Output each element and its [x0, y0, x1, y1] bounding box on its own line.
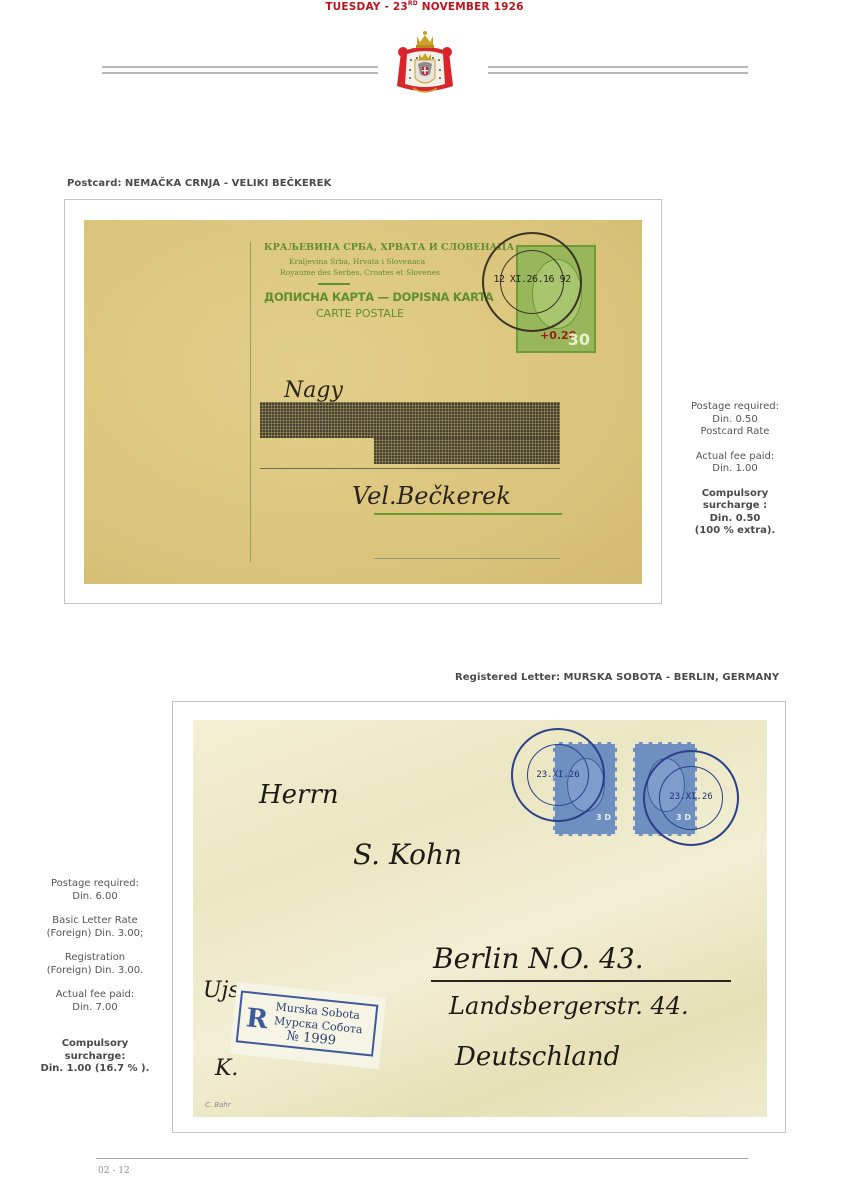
postmark-2: 23.XI.26 [643, 750, 739, 846]
postcard-caption: Postcard: NEMAČKA CRNJA - VELIKI BEČKERE… [67, 178, 331, 189]
registration-label: R Murska Sobota Мурска Собота № 1999 [229, 982, 386, 1069]
addressee-line-2: S. Kohn [353, 838, 462, 871]
envelope-image: 3 D 3 D 23.XI.26 23.XI.26 Herrn S. Kohn … [193, 720, 767, 1117]
postcard-redacted-address [260, 402, 560, 438]
postcard-rate-notes: Postage required: Din. 0.50 Postcard Rat… [672, 401, 798, 538]
postcard-handwriting-town: Vel.Bečkerek [352, 482, 511, 510]
postcard-header-french: Royaume des Serbes, Croates et Slovenes [280, 268, 440, 277]
addressee-line-1: Herrn [259, 780, 339, 810]
address-line-1: Berlin N.O. 43. [433, 942, 644, 975]
postcard-divider [250, 242, 251, 562]
header-rule-right [488, 66, 748, 74]
footer-rule [96, 1158, 748, 1159]
stamp-value: 30 [568, 330, 590, 349]
postcard-short-rule [318, 283, 350, 285]
postcard-postmark: 12 XI.26.16 92 [482, 232, 582, 332]
letter-rate-notes: Postage required: Din. 6.00 Basic Letter… [34, 878, 156, 1076]
header-rule-left [102, 66, 378, 74]
registration-r-icon: R [245, 1003, 270, 1035]
postcard-header-latin: Kraljevina Srba, Hrvata i Slovenaca [289, 257, 425, 266]
page-title: TUESDAY - 23RD NOVEMBER 1926 [0, 0, 849, 13]
postcard-header-cyrillic: КРАЉЕВИНА СРБА, ХРВАТА И СЛОВЕНАЦА [264, 242, 514, 253]
postcard-handwriting-name: Nagy [284, 378, 343, 403]
page-number: 02 - 12 [98, 1166, 130, 1176]
printer-mark: C. Bahr [205, 1101, 231, 1109]
letter-caption: Registered Letter: MURSKA SOBOTA - BERLI… [455, 672, 779, 683]
postcard-subtitle: CARTE POSTALE [316, 307, 404, 320]
address-line-3: Deutschland [455, 1042, 620, 1072]
postcard-title: ДОПИСНА КАРТА — DOPISNA KARTA [264, 290, 493, 304]
postmark-1: 23.XI.26 [511, 728, 605, 822]
postcard-redacted-address-2 [374, 438, 560, 464]
postcard-image: КРАЉЕВИНА СРБА, ХРВАТА И СЛОВЕНАЦА Kralj… [84, 220, 642, 584]
royal-coat-of-arms-icon [393, 30, 457, 104]
address-line-2: Landsbergerstr. 44. [449, 992, 689, 1020]
side-note-2: K. [215, 1056, 238, 1081]
